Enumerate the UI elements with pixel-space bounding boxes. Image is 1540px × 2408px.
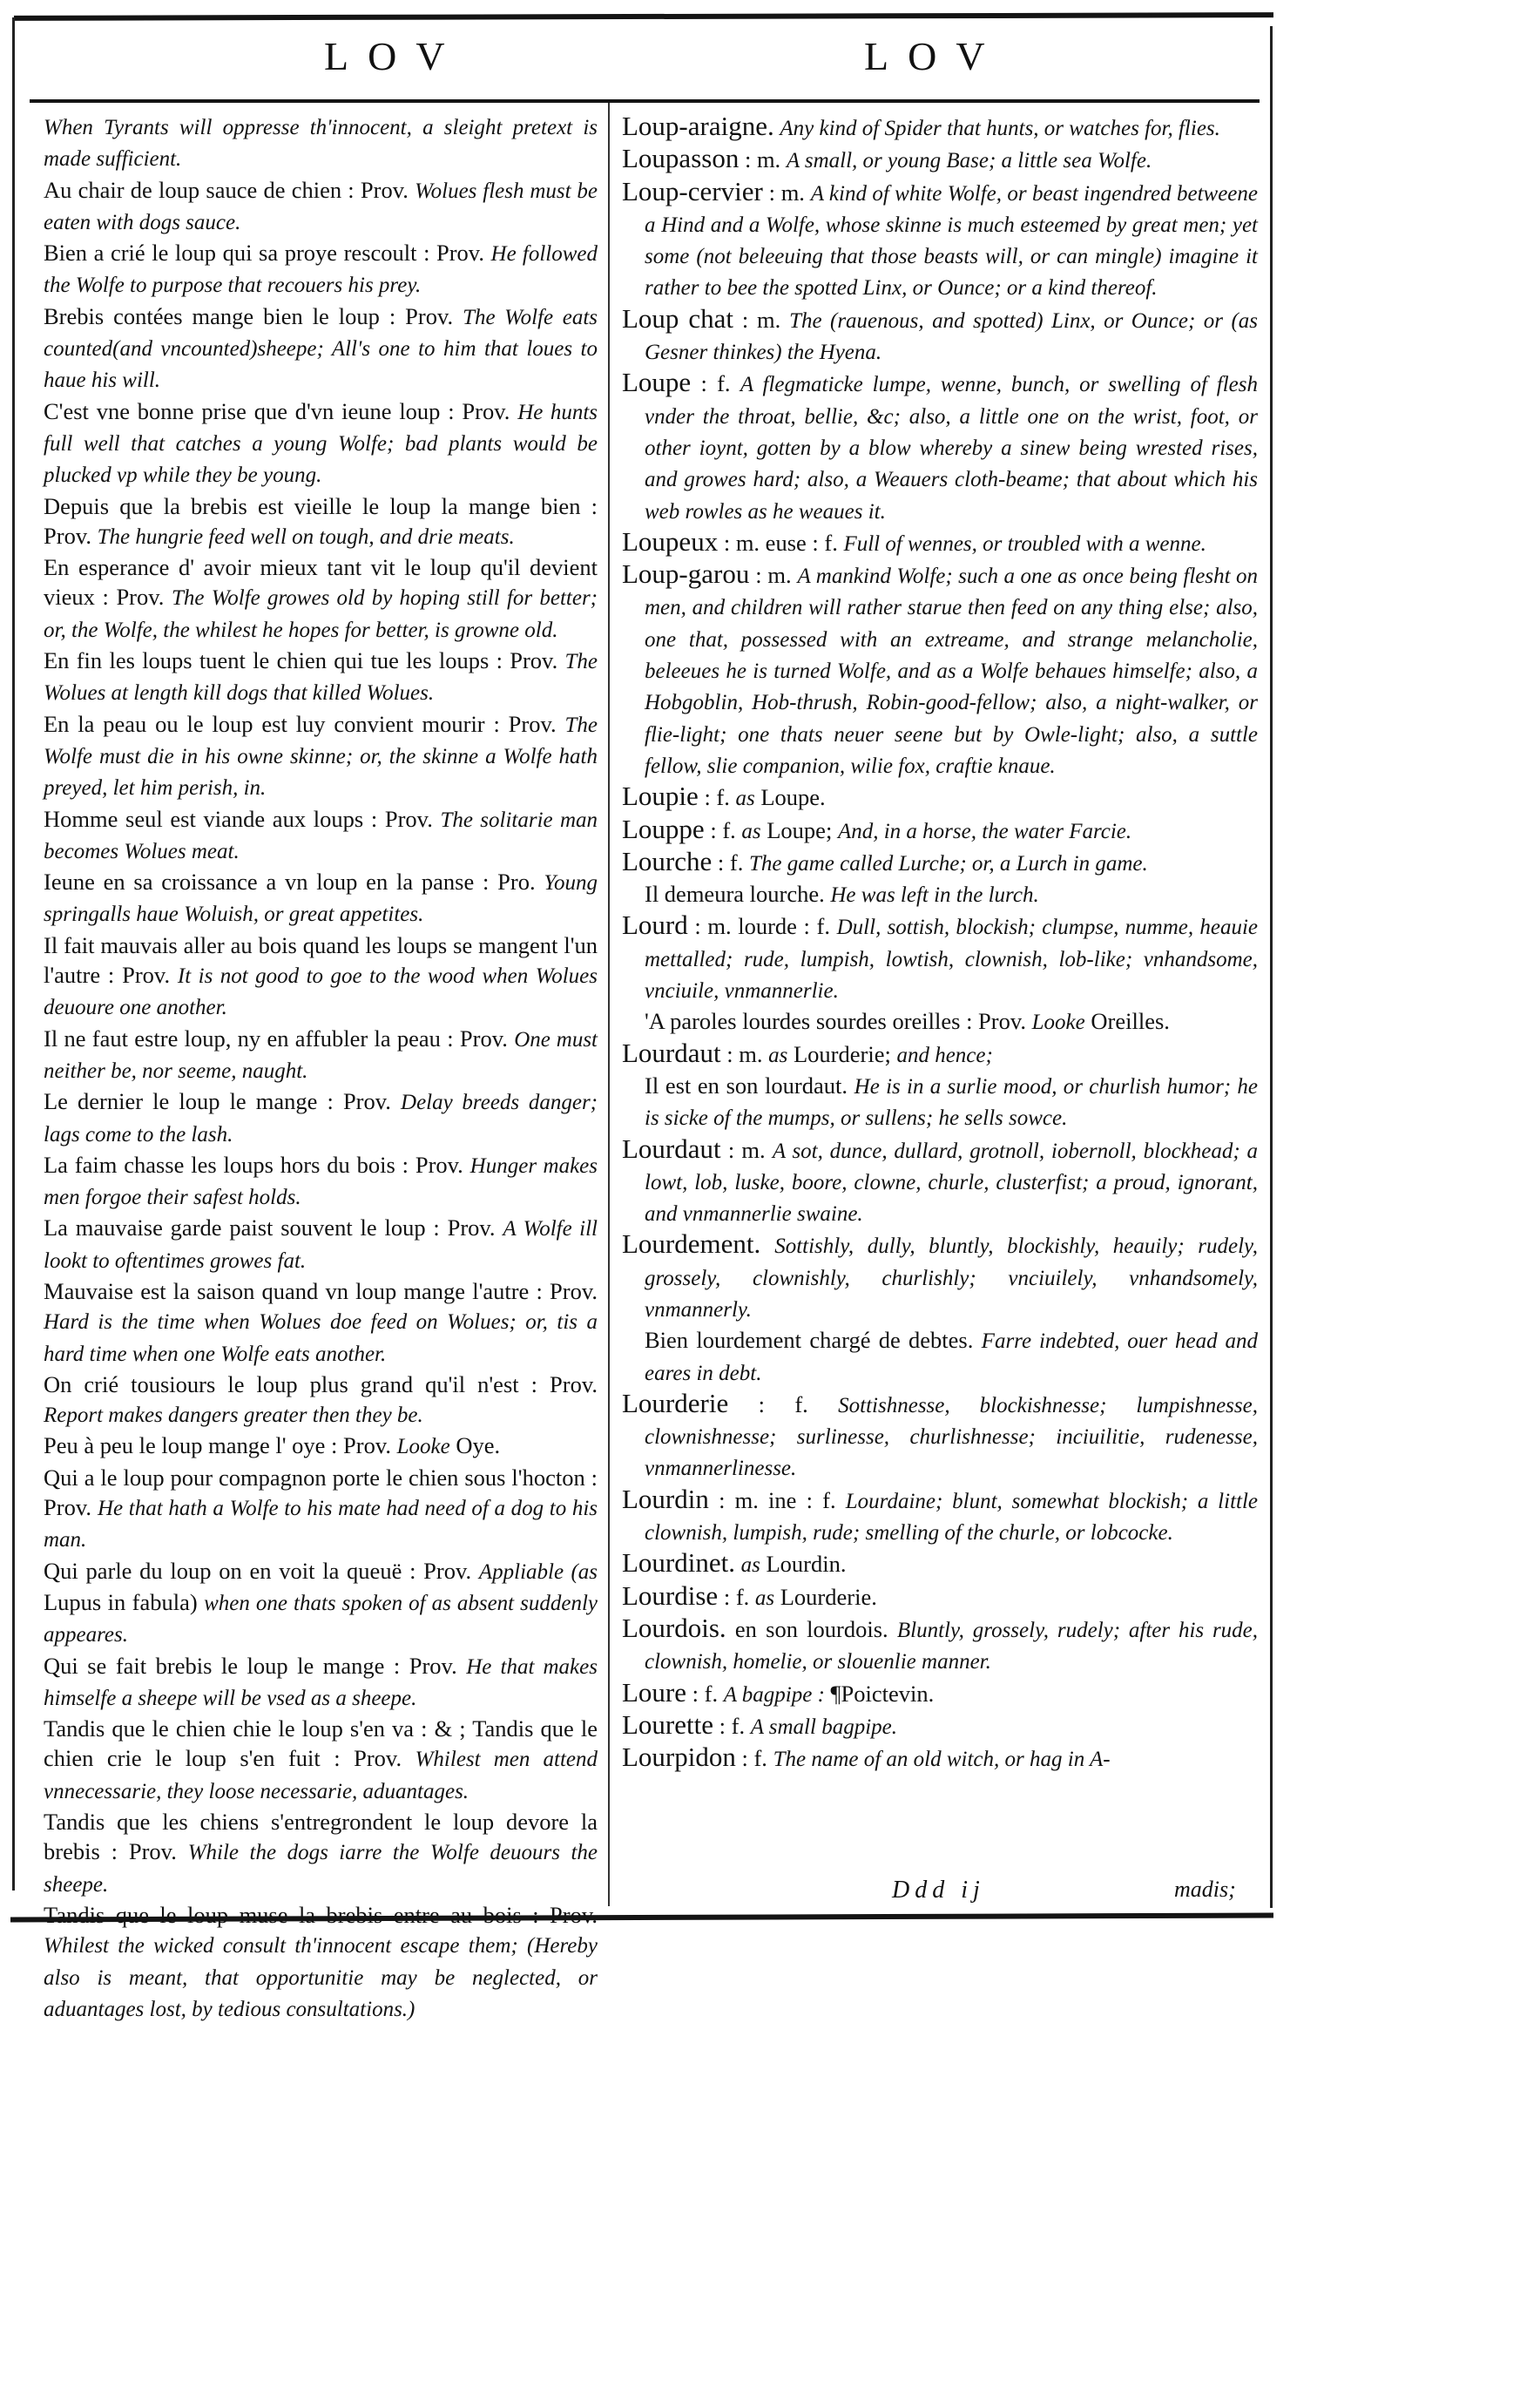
- headword: Lourdin: [622, 1484, 709, 1514]
- proverb-entry: Bien a crié le loup qui sa proye rescoul…: [44, 238, 598, 301]
- left-frame-line: [12, 17, 15, 1891]
- proverb-entry: La faim chasse les loups hors du bois : …: [44, 1150, 598, 1214]
- french-text: Homme seul est viande aux loups : Prov.: [44, 806, 433, 832]
- headword-entry: Lourette : f. A small bagpipe.: [622, 1710, 1258, 1742]
- french-text: On crié tousiours le loup plus grand qu'…: [44, 1371, 598, 1397]
- headword-entry: Lourdaut : m. as Lourderie; and hence;: [622, 1038, 1258, 1071]
- french-text: Peu à peu le loup mange l' oye : Prov.: [44, 1432, 391, 1458]
- proverb-entry: On crié tousiours le loup plus grand qu'…: [44, 1370, 598, 1431]
- english-gloss: Report makes dangers greater then they b…: [44, 1404, 423, 1427]
- grammar-label: : f.: [718, 849, 743, 876]
- french-text: Il demeura lourche.: [645, 881, 825, 907]
- headword: Lourdaut: [622, 1133, 721, 1164]
- grammar-label: : f.: [700, 370, 730, 396]
- headword: Loupie: [622, 781, 699, 811]
- french-text: Lourderie;: [794, 1041, 891, 1067]
- proverb-entry: When Tyrants will oppresse th'innocent, …: [44, 112, 598, 175]
- dictionary-page: LOV LOV When Tyrants will oppresse th'in…: [10, 9, 1350, 1899]
- french-text: Brebis contées mange bien le loup : Prov…: [44, 303, 453, 329]
- proverb-entry: Peu à peu le loup mange l' oye : Prov. L…: [44, 1431, 598, 1462]
- headword: Loure: [622, 1677, 686, 1708]
- headword-entry: Loup-araigne. Any kind of Spider that hu…: [622, 112, 1258, 144]
- headword-entry: Lourdois. en son lourdois. Bluntly, gros…: [622, 1613, 1258, 1678]
- english-gloss: A small, or young Base; a little sea Wol…: [787, 149, 1152, 172]
- french-text: Mauvaise est la saison quand vn loup man…: [44, 1278, 598, 1304]
- headword-entry: Loupie : f. as Loupe.: [622, 781, 1258, 814]
- grammar-label: : m.: [755, 562, 791, 588]
- signature-mark: Ddd ij: [892, 1877, 985, 1904]
- headword-entry: Lourd : m. lourde : f. Dull, sottish, bl…: [622, 910, 1258, 1006]
- headword: Loupe: [622, 367, 691, 397]
- headword-entry: Lourdinet. as Lourdin.: [622, 1548, 1258, 1580]
- left-column: When Tyrants will oppresse th'innocent, …: [44, 112, 598, 2025]
- headword-entry: Lourdin : m. ine : f. Lourdaine; blunt, …: [622, 1485, 1258, 1549]
- grammar-label: : f.: [724, 1584, 749, 1610]
- french-text: Oye.: [456, 1432, 500, 1458]
- proverb-entry: Au chair de loup sauce de chien : Prov. …: [44, 175, 598, 239]
- french-text: La faim chasse les loups hors du bois : …: [44, 1152, 463, 1178]
- headword-entry: Lourdaut : m. A sot, dunce, dullard, gro…: [622, 1134, 1258, 1230]
- french-text: Loupe;: [767, 817, 832, 843]
- english-gloss: A bagpipe :: [724, 1683, 825, 1707]
- proverb-entry: Depuis que la brebis est vieille le loup…: [44, 491, 598, 553]
- english-gloss: He that hath a Wolfe to his mate had nee…: [44, 1497, 598, 1552]
- english-gloss: as: [768, 1044, 787, 1067]
- headword-entry: Lourdement. Sottishly, dully, bluntly, b…: [622, 1229, 1258, 1325]
- proverb-entry: Le dernier le loup le mange : Prov. Dela…: [44, 1086, 598, 1150]
- proverb-entry: Il ne faut estre loup, ny en affubler la…: [44, 1024, 598, 1087]
- french-text: Bien a crié le loup qui sa proye rescoul…: [44, 240, 484, 266]
- english-gloss: Whilest the wicked consult th'innocent e…: [44, 1934, 598, 2021]
- headword-entry: Lourderie : f. Sottishnesse, blockishnes…: [622, 1389, 1258, 1485]
- catchword: madis;: [1174, 1877, 1236, 1903]
- right-column: Loup-araigne. Any kind of Spider that hu…: [622, 112, 1258, 1775]
- proverb-entry: Ieune en sa croissance a vn loup en la p…: [44, 867, 598, 930]
- sub-entry: Il est en son lourdaut. He is in a surli…: [622, 1071, 1258, 1134]
- headword-entry: Louppe : f. as Loupe; And, in a horse, t…: [622, 815, 1258, 847]
- running-head-left: LOV: [324, 33, 464, 79]
- english-gloss: The game called Lurche; or, a Lurch in g…: [749, 852, 1148, 876]
- headword: Lourdise: [622, 1580, 718, 1611]
- running-head: LOV LOV: [28, 33, 1265, 94]
- grammar-label: : f.: [759, 1391, 808, 1417]
- proverb-entry: Qui parle du loup on en voit la queuë : …: [44, 1556, 598, 1651]
- english-gloss: Sottishnesse, blockishnesse; lumpishness…: [645, 1394, 1258, 1481]
- headword-entry: Loupasson : m. A small, or young Base; a…: [622, 144, 1258, 176]
- french-text: Lourderie.: [780, 1584, 877, 1610]
- headword: Lourderie: [622, 1388, 728, 1418]
- french-text: ¶Poictevin.: [831, 1681, 935, 1707]
- english-gloss: A mankind Wolfe; such a one as once bein…: [645, 565, 1258, 778]
- headword: Lourd: [622, 910, 688, 940]
- grammar-label: : m.: [726, 1041, 762, 1067]
- english-gloss: as: [741, 1553, 760, 1577]
- headword: Lourette: [622, 1709, 713, 1740]
- grammar-label: : f.: [710, 817, 735, 843]
- french-text: La mauvaise garde paist souvent le loup …: [44, 1214, 496, 1241]
- english-gloss: When Tyrants will oppresse th'innocent, …: [44, 116, 598, 171]
- french-text: Loupe.: [760, 784, 825, 810]
- french-text: Lourdin.: [766, 1551, 846, 1577]
- headword: Loupasson: [622, 143, 739, 173]
- french-text: Bien lourdement chargé de debtes.: [645, 1327, 973, 1353]
- french-text: Ieune en sa croissance a vn loup en la p…: [44, 869, 536, 895]
- headword: Lourdinet.: [622, 1547, 735, 1578]
- sub-entry: 'A paroles lourdes sourdes oreilles : Pr…: [622, 1006, 1258, 1038]
- french-text: Lupus in fabula): [44, 1589, 198, 1615]
- headword-entry: Loup-garou : m. A mankind Wolfe; such a …: [622, 559, 1258, 781]
- french-text: C'est vne bonne prise que d'vn ieune lou…: [44, 398, 510, 424]
- proverb-entry: La mauvaise garde paist souvent le loup …: [44, 1213, 598, 1276]
- english-gloss: and hence;: [896, 1044, 992, 1067]
- english-gloss: The (rauenous, and spotted) Linx, or Oun…: [645, 309, 1258, 364]
- grammar-label: : m.: [745, 146, 780, 172]
- proverb-entry: Brebis contées mange bien le loup : Prov…: [44, 301, 598, 396]
- headword: Loup-cervier: [622, 176, 763, 206]
- proverb-entry: Qui a le loup pour compagnon porte le ch…: [44, 1463, 598, 1556]
- headword: Loupeux: [622, 526, 718, 557]
- grammar-label: : f.: [742, 1745, 767, 1771]
- headword: Lourdaut: [622, 1038, 721, 1068]
- english-gloss: Any kind of Spider that hunts, or watche…: [780, 117, 1220, 140]
- grammar-label: : f.: [704, 784, 729, 810]
- headword-entry: Loupeux : m. euse : f. Full of wennes, o…: [622, 527, 1258, 559]
- proverb-entry: Il fait mauvais aller au bois quand les …: [44, 930, 598, 1024]
- proverb-entry: En la peau ou le loup est luy convient m…: [44, 709, 598, 804]
- headword: Lourpidon: [622, 1742, 736, 1772]
- headword-entry: Loup-cervier : m. A kind of white Wolfe,…: [622, 177, 1258, 304]
- column-divider: [608, 103, 610, 1906]
- headword: Loup chat: [622, 303, 733, 334]
- grammar-label: : f.: [719, 1713, 745, 1739]
- headword: Louppe: [622, 814, 705, 844]
- proverb-entry: Qui se fait brebis le loup le mange : Pr…: [44, 1651, 598, 1715]
- proverb-entry: En fin les loups tuent le chien qui tue …: [44, 646, 598, 709]
- headword-entry: Lourdise : f. as Lourderie.: [622, 1581, 1258, 1613]
- grammar-label: en son lourdois.: [735, 1616, 888, 1642]
- english-gloss: as: [736, 787, 755, 810]
- french-text: Qui se fait brebis le loup le mange : Pr…: [44, 1653, 457, 1679]
- english-gloss: A flegmaticke lumpe, wenne, bunch, or sw…: [645, 373, 1258, 523]
- english-gloss: Appliable (as: [479, 1560, 598, 1584]
- headword-entry: Loupe : f. A flegmaticke lumpe, wenne, b…: [622, 368, 1258, 526]
- proverb-entry: Tandis que les chiens s'entregrondent le…: [44, 1807, 598, 1900]
- headword: Lourche: [622, 846, 712, 876]
- right-frame-line: [1270, 26, 1273, 1908]
- english-gloss: Looke: [1032, 1011, 1085, 1034]
- english-gloss: Full of wennes, or troubled with a wenne…: [843, 532, 1206, 556]
- sub-entry: Il demeura lourche. He was left in the l…: [622, 879, 1258, 910]
- english-gloss: The hungrie feed well on tough, and drie…: [98, 525, 515, 549]
- header-rule: [30, 99, 1260, 103]
- french-text: 'A paroles lourdes sourdes oreilles : Pr…: [645, 1008, 1026, 1034]
- headword-entry: Loup chat : m. The (rauenous, and spotte…: [622, 304, 1258, 369]
- proverb-entry: C'est vne bonne prise que d'vn ieune lou…: [44, 396, 598, 491]
- french-text: Le dernier le loup le mange : Prov.: [44, 1088, 391, 1114]
- english-gloss: as: [755, 1586, 774, 1610]
- headword-entry: Lourche : f. The game called Lurche; or,…: [622, 847, 1258, 879]
- grammar-label: : m.: [742, 307, 780, 333]
- english-gloss: A small bagpipe.: [751, 1715, 897, 1739]
- french-text: Il ne faut estre loup, ny en affubler la…: [44, 1025, 508, 1052]
- headword: Lourdois.: [622, 1613, 726, 1643]
- running-head-right: LOV: [864, 33, 1004, 79]
- headword: Lourdement.: [622, 1228, 760, 1259]
- headword: Loup-araigne.: [622, 111, 774, 141]
- grammar-label: : f.: [692, 1681, 718, 1707]
- english-gloss: Looke: [397, 1435, 450, 1458]
- english-gloss: He was left in the lurch.: [830, 883, 1038, 907]
- grammar-label: : m. ine : f.: [719, 1487, 836, 1513]
- headword-entry: Lourpidon : f. The name of an old witch,…: [622, 1742, 1258, 1775]
- french-text: Oreilles.: [1091, 1008, 1170, 1034]
- english-gloss: Hard is the time when Wolues doe feed on…: [44, 1310, 598, 1365]
- proverb-entry: Mauvaise est la saison quand vn loup man…: [44, 1276, 598, 1370]
- top-border-rule: [14, 12, 1273, 21]
- grammar-label: : m.: [769, 179, 805, 206]
- proverb-entry: Tandis que le chien chie le loup s'en va…: [44, 1714, 598, 1807]
- grammar-label: : m. euse : f.: [724, 530, 838, 556]
- french-text: Il est en son lourdaut.: [645, 1072, 848, 1099]
- headword: Loup-garou: [622, 558, 749, 589]
- english-gloss: And, in a horse, the water Farcie.: [838, 820, 1131, 843]
- french-text: Qui parle du loup on en voit la queuë : …: [44, 1558, 471, 1584]
- english-gloss: as: [741, 820, 760, 843]
- sub-entry: Bien lourdement chargé de debtes. Farre …: [622, 1325, 1258, 1389]
- headword-entry: Loure : f. A bagpipe : ¶Poictevin.: [622, 1678, 1258, 1710]
- french-text: En fin les loups tuent le chien qui tue …: [44, 647, 557, 673]
- grammar-label: : m.: [728, 1137, 766, 1163]
- french-text: Au chair de loup sauce de chien : Prov.: [44, 177, 409, 203]
- english-gloss: The name of an old witch, or hag in A-: [773, 1748, 1111, 1771]
- proverb-entry: En esperance d' avoir mieux tant vit le …: [44, 552, 598, 646]
- proverb-entry: Homme seul est viande aux loups : Prov. …: [44, 804, 598, 868]
- grammar-label: : m. lourde : f.: [694, 913, 830, 939]
- french-text: En la peau ou le loup est luy convient m…: [44, 711, 557, 737]
